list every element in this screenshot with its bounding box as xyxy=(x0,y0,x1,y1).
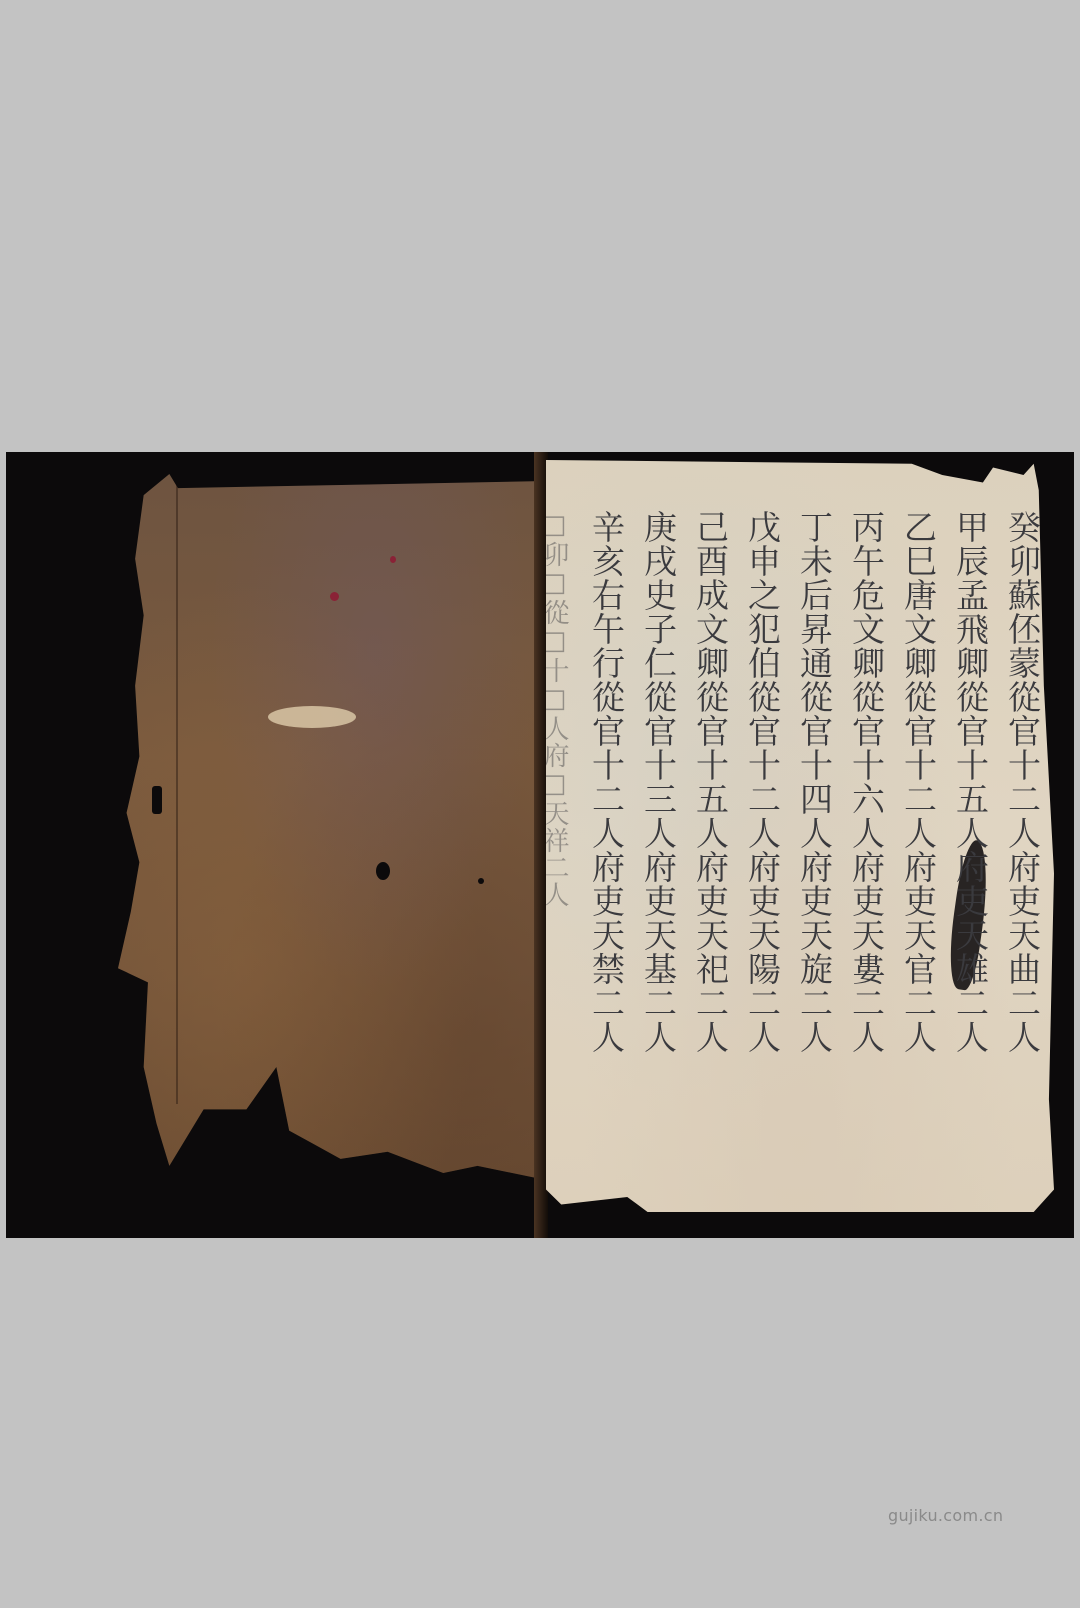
text-column: 戊申之犯伯從官十二人府吏天陽二人 xyxy=(738,510,784,1030)
left-cover-page xyxy=(118,474,546,1180)
text-column: 癸卯蘇伾蒙從官十二人府吏天曲二人 xyxy=(998,510,1044,1030)
paper-hole xyxy=(376,862,390,880)
text-column: 丁未后昇通從官十四人府吏天旋二人 xyxy=(790,510,836,1030)
text-column: 乙巳唐文卿從官十二人府吏天官二人 xyxy=(894,510,940,1030)
red-stain xyxy=(330,592,339,601)
book-gutter xyxy=(534,452,548,1238)
partial-text-column: □卯□從□十□人府□天祥二人 xyxy=(554,510,576,1030)
text-column: 己酉成文卿從官十五人府吏天祀二人 xyxy=(686,510,732,1030)
text-column: 丙午危文卿從官十六人府吏天婁二人 xyxy=(842,510,888,1030)
text-column: 辛亥右午行從官十二人府吏天禁二人 xyxy=(582,510,628,1030)
worn-patch xyxy=(268,706,356,728)
text-columns: 癸卯蘇伾蒙從官十二人府吏天曲二人 甲辰孟飛卿從官十五人府吏天雄二人 乙巳唐文卿從… xyxy=(554,510,1044,1030)
text-column: 甲辰孟飛卿從官十五人府吏天雄二人 xyxy=(946,510,992,1030)
paper-hole xyxy=(478,878,484,884)
text-column: 庚戌史子仁從官十三人府吏天基二人 xyxy=(634,510,680,1030)
paper-hole xyxy=(152,786,162,814)
right-text-page: 癸卯蘇伾蒙從官十二人府吏天曲二人 甲辰孟飛卿從官十五人府吏天雄二人 乙巳唐文卿從… xyxy=(546,460,1054,1212)
site-watermark: gujiku.com.cn xyxy=(888,1506,1003,1525)
manuscript-scan: 癸卯蘇伾蒙從官十二人府吏天曲二人 甲辰孟飛卿從官十五人府吏天雄二人 乙巳唐文卿從… xyxy=(6,452,1074,1238)
red-stain xyxy=(390,556,396,563)
fold-line xyxy=(176,484,178,1104)
